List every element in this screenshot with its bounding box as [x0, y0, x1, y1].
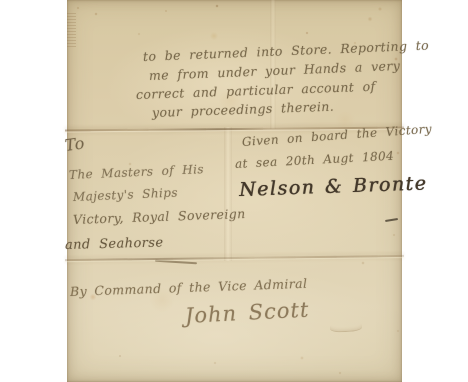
ink-dash [385, 218, 398, 222]
fold-crease-lower [65, 255, 404, 261]
address-line-4: and Seahorse [65, 236, 164, 252]
faint-pencil-mark [330, 321, 362, 333]
address-line-2: Majesty's Ships [73, 186, 178, 203]
dateline-line-2: at sea 20th Augt 1804 [235, 150, 395, 170]
paper-edge-texture [67, 13, 76, 49]
letter-body-line-3: correct and particular account of [136, 81, 376, 102]
address-line-3: Victory, Royal Sovereign [73, 208, 246, 227]
secretary-signature: John Scott [184, 300, 309, 327]
nelson-signature: Nelson & Bronte [239, 174, 428, 200]
manuscript-page: to be returned into Store. Reporting to … [67, 0, 402, 382]
letter-body-line-4: your proceedings therein. [152, 101, 335, 120]
address-line-1: The Masters of His [69, 163, 204, 181]
vertical-fold-middle [224, 127, 232, 261]
manuscript-photo: to be returned into Store. Reporting to … [0, 0, 468, 382]
address-salutation: To [64, 135, 86, 154]
address-underline-flourish [155, 260, 197, 264]
attestation-line: By Command of the Vice Admiral [70, 278, 308, 299]
